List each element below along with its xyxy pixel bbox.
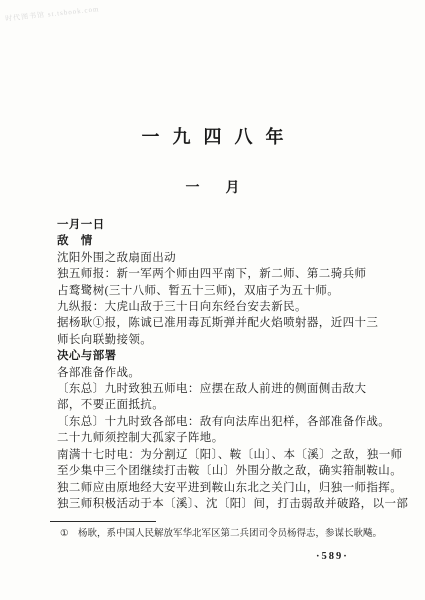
body-line: 师长向联勤接领。 <box>57 332 385 348</box>
body-line: 南满十七时电：为分割辽〔阳〕、鞍〔山〕、本〔溪〕之敌，独一师 <box>57 447 385 463</box>
body-line: 独三师积极活动于本〔溪〕、沈〔阳〕间，打击弱敌并破路，以一部 <box>57 496 385 512</box>
body-line: 〔东总〕十九时致各部电：敌有向法库出犯样，各部准备作战。 <box>57 414 385 430</box>
footnote: ①杨耿，系中国人民解放军华北军区第二兵团司令员杨得志，参谋长耿飚。 <box>60 528 387 540</box>
month-title: 一月 <box>0 177 425 197</box>
year-title: 一九四八年 <box>0 123 425 149</box>
page-number: ·589· <box>316 551 349 562</box>
book-page: 时代图书馆 st.tsbook.com 一九四八年 一月 一月一日 敌 情 沈阳… <box>0 0 425 600</box>
body-line: 占鹜鹭树(三十八师、暂五十三师)，双庙子为五十师。 <box>57 283 385 299</box>
body-line: 据杨耿①报，陈诚已准用毒瓦斯弹并配火焰喷射器，近四十三 <box>57 315 385 331</box>
footnote-divider <box>50 521 156 522</box>
scan-watermark: 时代图书馆 st.tsbook.com <box>5 4 100 24</box>
body-line: 〔东总〕九时致独五师电：应摆在敌人前进的侧面侧击敌大 <box>57 381 385 397</box>
body-line: 各部准备作战。 <box>57 365 385 381</box>
section-heading-plan: 决心与部署 <box>57 348 385 364</box>
body-line: 至少集中三个团继续打击鞍〔山〕外围分散之敌，确实箝制鞍山。 <box>57 463 385 479</box>
body-line: 部，不要正面抵抗。 <box>57 397 385 413</box>
body-line: 独五师报：新一军两个师由四平南下，新二师、第二骑兵师 <box>57 266 385 282</box>
body-line: 九纵报：大虎山敌于三十日向东经台安去新民。 <box>57 299 385 315</box>
footnote-text: 杨耿，系中国人民解放军华北军区第二兵团司令员杨得志，参谋长耿飚。 <box>78 529 382 539</box>
body-line: 独二师应由原地经大安平进到鞍山东北之关门山，归独一师指挥。 <box>57 480 385 496</box>
footnote-marker: ① <box>60 528 78 540</box>
diary-body: 一月一日 敌 情 沈阳外围之敌扇面出动 独五师报：新一军两个师由四平南下，新二师… <box>57 217 385 512</box>
body-line: 二十九师须控制大孤家子阵地。 <box>57 430 385 446</box>
date-heading: 一月一日 <box>57 217 385 233</box>
section-heading-enemy: 敌 情 <box>57 233 385 249</box>
body-line: 沈阳外围之敌扇面出动 <box>57 250 385 266</box>
